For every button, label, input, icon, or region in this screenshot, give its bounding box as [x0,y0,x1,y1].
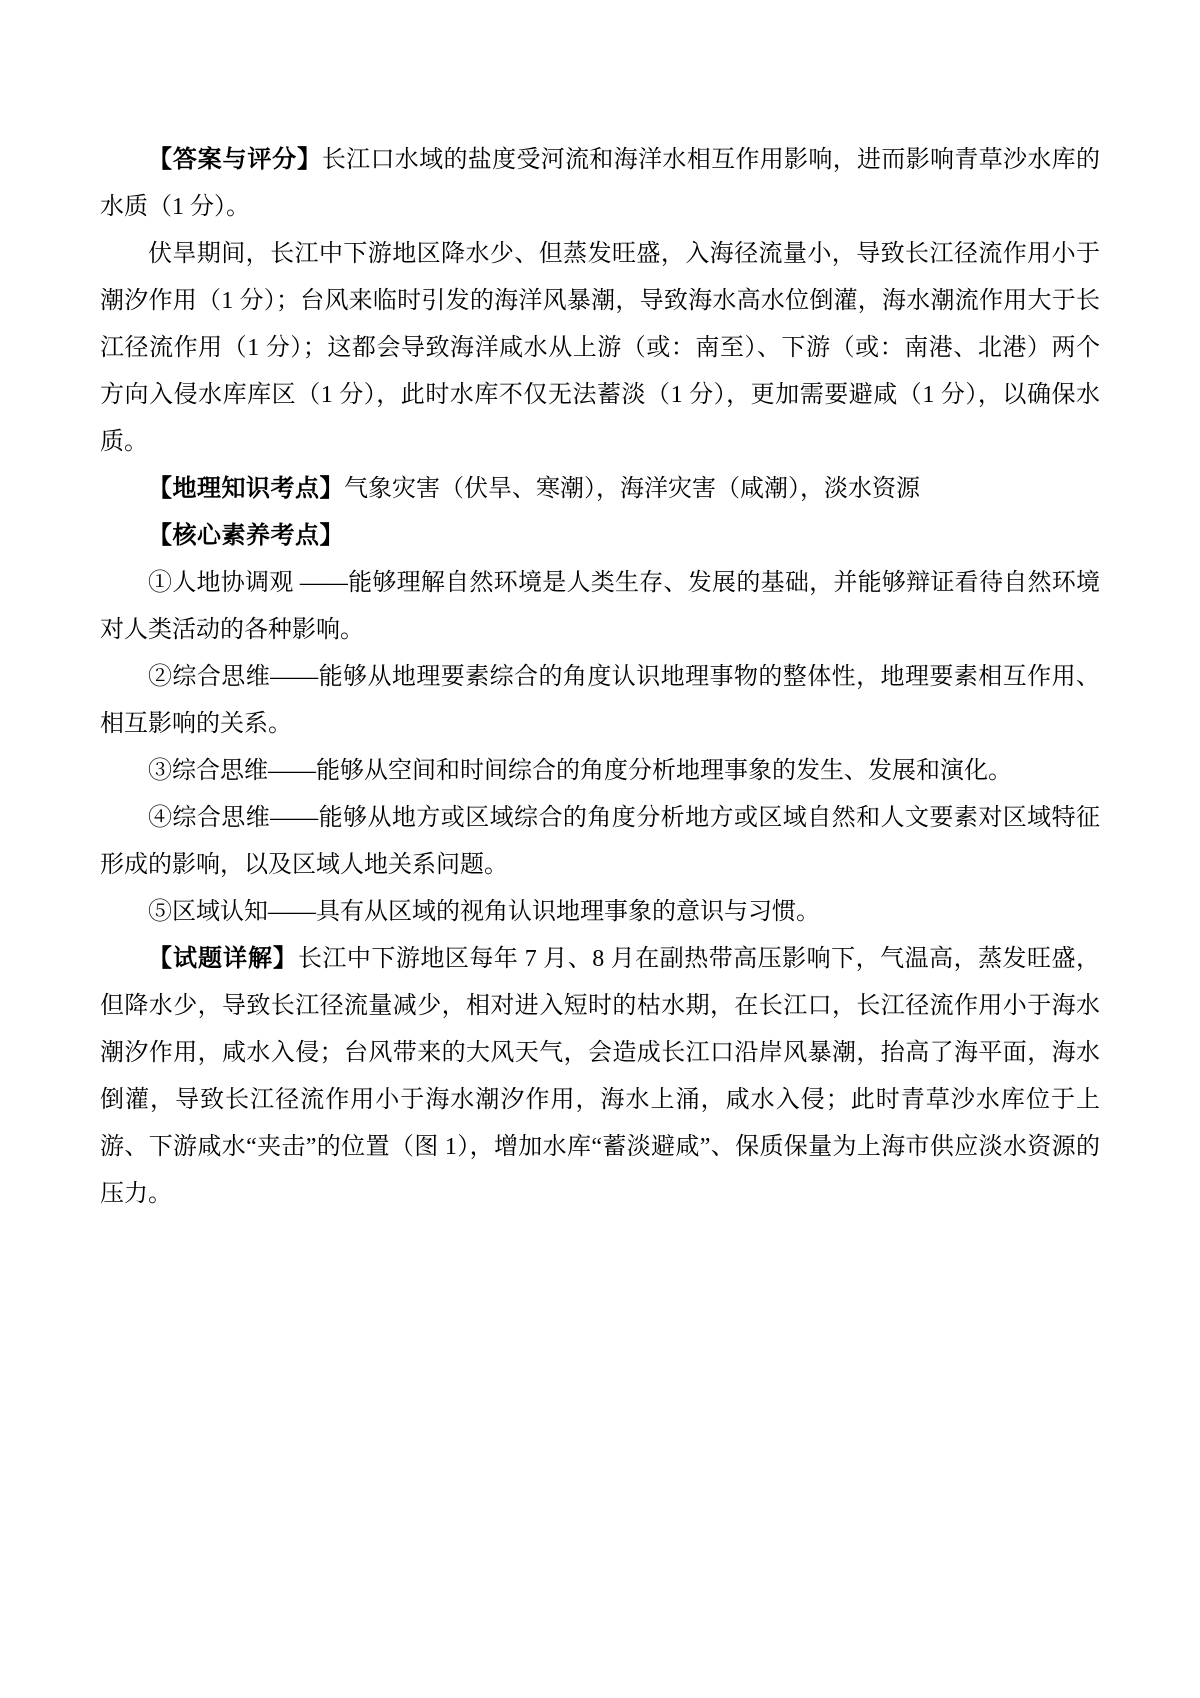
paragraph-text: ⑤区域认知——具有从区域的视角认识地理事象的意识与习惯。 [148,899,820,925]
paragraph-literacy-point-4: ④综合思维——能够从地方或区域综合的角度分析地方或区域自然和人文要素对区域特征形… [100,795,1100,889]
paragraph-question-explanation: 【试题详解】长江中下游地区每年 7 月、8 月在副热带高压影响下，气温高，蒸发旺… [100,936,1100,1218]
section-label-answer-scoring: 【答案与评分】 [148,147,322,173]
paragraph-text: ②综合思维——能够从地理要素综合的角度认识地理事物的整体性，地理要素相互作用、相… [100,664,1100,737]
paragraph-answer-detail: 伏旱期间，长江中下游地区降水少、但蒸发旺盛，入海径流量小，导致长江径流作用小于潮… [100,231,1100,466]
paragraph-text: 气象灾害（伏旱、寒潮），海洋灾害（咸潮），淡水资源 [344,476,920,502]
paragraph-text: ③综合思维——能够从空间和时间综合的角度分析地理事象的发生、发展和演化。 [148,758,1012,784]
paragraph-answer-scoring: 【答案与评分】长江口水域的盐度受河流和海洋水相互作用影响，进而影响青草沙水库的水… [100,137,1100,231]
paragraph-literacy-point-1: ①人地协调观 ——能够理解自然环境是人类生存、发展的基础，并能够辩证看待自然环境… [100,560,1100,654]
paragraph-literacy-point-3: ③综合思维——能够从空间和时间综合的角度分析地理事象的发生、发展和演化。 [100,748,1100,795]
paragraph-text: ①人地协调观 ——能够理解自然环境是人类生存、发展的基础，并能够辩证看待自然环境… [100,570,1100,643]
document-page: 【答案与评分】长江口水域的盐度受河流和海洋水相互作用影响，进而影响青草沙水库的水… [100,137,1100,1218]
paragraph-text: ④综合思维——能够从地方或区域综合的角度分析地方或区域自然和人文要素对区域特征形… [100,805,1100,878]
section-label-knowledge-points: 【地理知识考点】 [148,476,344,502]
paragraph-text: 伏旱期间，长江中下游地区降水少、但蒸发旺盛，入海径流量小，导致长江径流作用小于潮… [100,241,1100,455]
paragraph-literacy-point-5: ⑤区域认知——具有从区域的视角认识地理事象的意识与习惯。 [100,889,1100,936]
paragraph-core-literacy-header: 【核心素养考点】 [100,513,1100,560]
paragraph-literacy-point-2: ②综合思维——能够从地理要素综合的角度认识地理事物的整体性，地理要素相互作用、相… [100,654,1100,748]
section-label-question-explanation: 【试题详解】 [148,946,298,972]
paragraph-text: 长江中下游地区每年 7 月、8 月在副热带高压影响下，气温高，蒸发旺盛，但降水少… [100,946,1100,1207]
section-label-core-literacy: 【核心素养考点】 [148,523,344,549]
paragraph-knowledge-points: 【地理知识考点】气象灾害（伏旱、寒潮），海洋灾害（咸潮），淡水资源 [100,466,1100,513]
